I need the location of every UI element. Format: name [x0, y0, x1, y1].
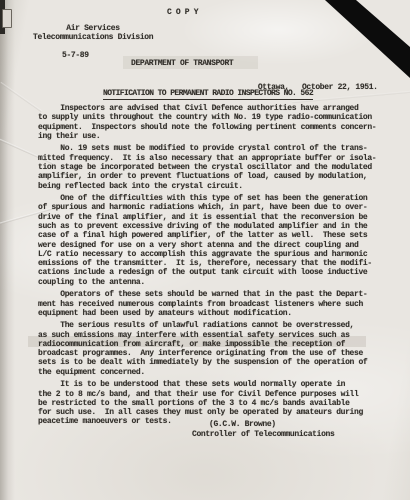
division-block: Air Services Telecommunications Division [33, 24, 153, 43]
binder-clip-mark [2, 9, 12, 28]
scanned-letter-page: C O P Y Air Services Telecommunications … [0, 0, 410, 500]
file-number: 5-7-89 [62, 51, 89, 60]
department-title: DEPARTMENT OF TRANSPORT [131, 59, 233, 68]
paragraph-3: One of the difficulties with this type o… [38, 194, 390, 287]
signature-name: (G.C.W. Browne) [209, 420, 276, 429]
page-left-edge-shadow [0, 0, 15, 500]
paragraph-1: Inspectors are advised that Civil Defenc… [38, 104, 390, 141]
letter-body: Inspectors are advised that Civil Defenc… [38, 104, 390, 430]
paragraph-2: No. 19 sets must be modified to provide … [38, 144, 390, 190]
subject-title: NOTIFICATION TO PERMANENT RADIO INSPECTO… [103, 89, 313, 100]
paragraph-5: The serious results of unlawful radiatio… [38, 321, 390, 377]
paragraph-4: Operators of these sets should be warned… [38, 290, 390, 318]
copy-stamp: C O P Y [167, 8, 198, 17]
signature-title: Controller of Telecommunications [192, 430, 334, 439]
dateline-date: October 22, 1951. [302, 83, 378, 92]
